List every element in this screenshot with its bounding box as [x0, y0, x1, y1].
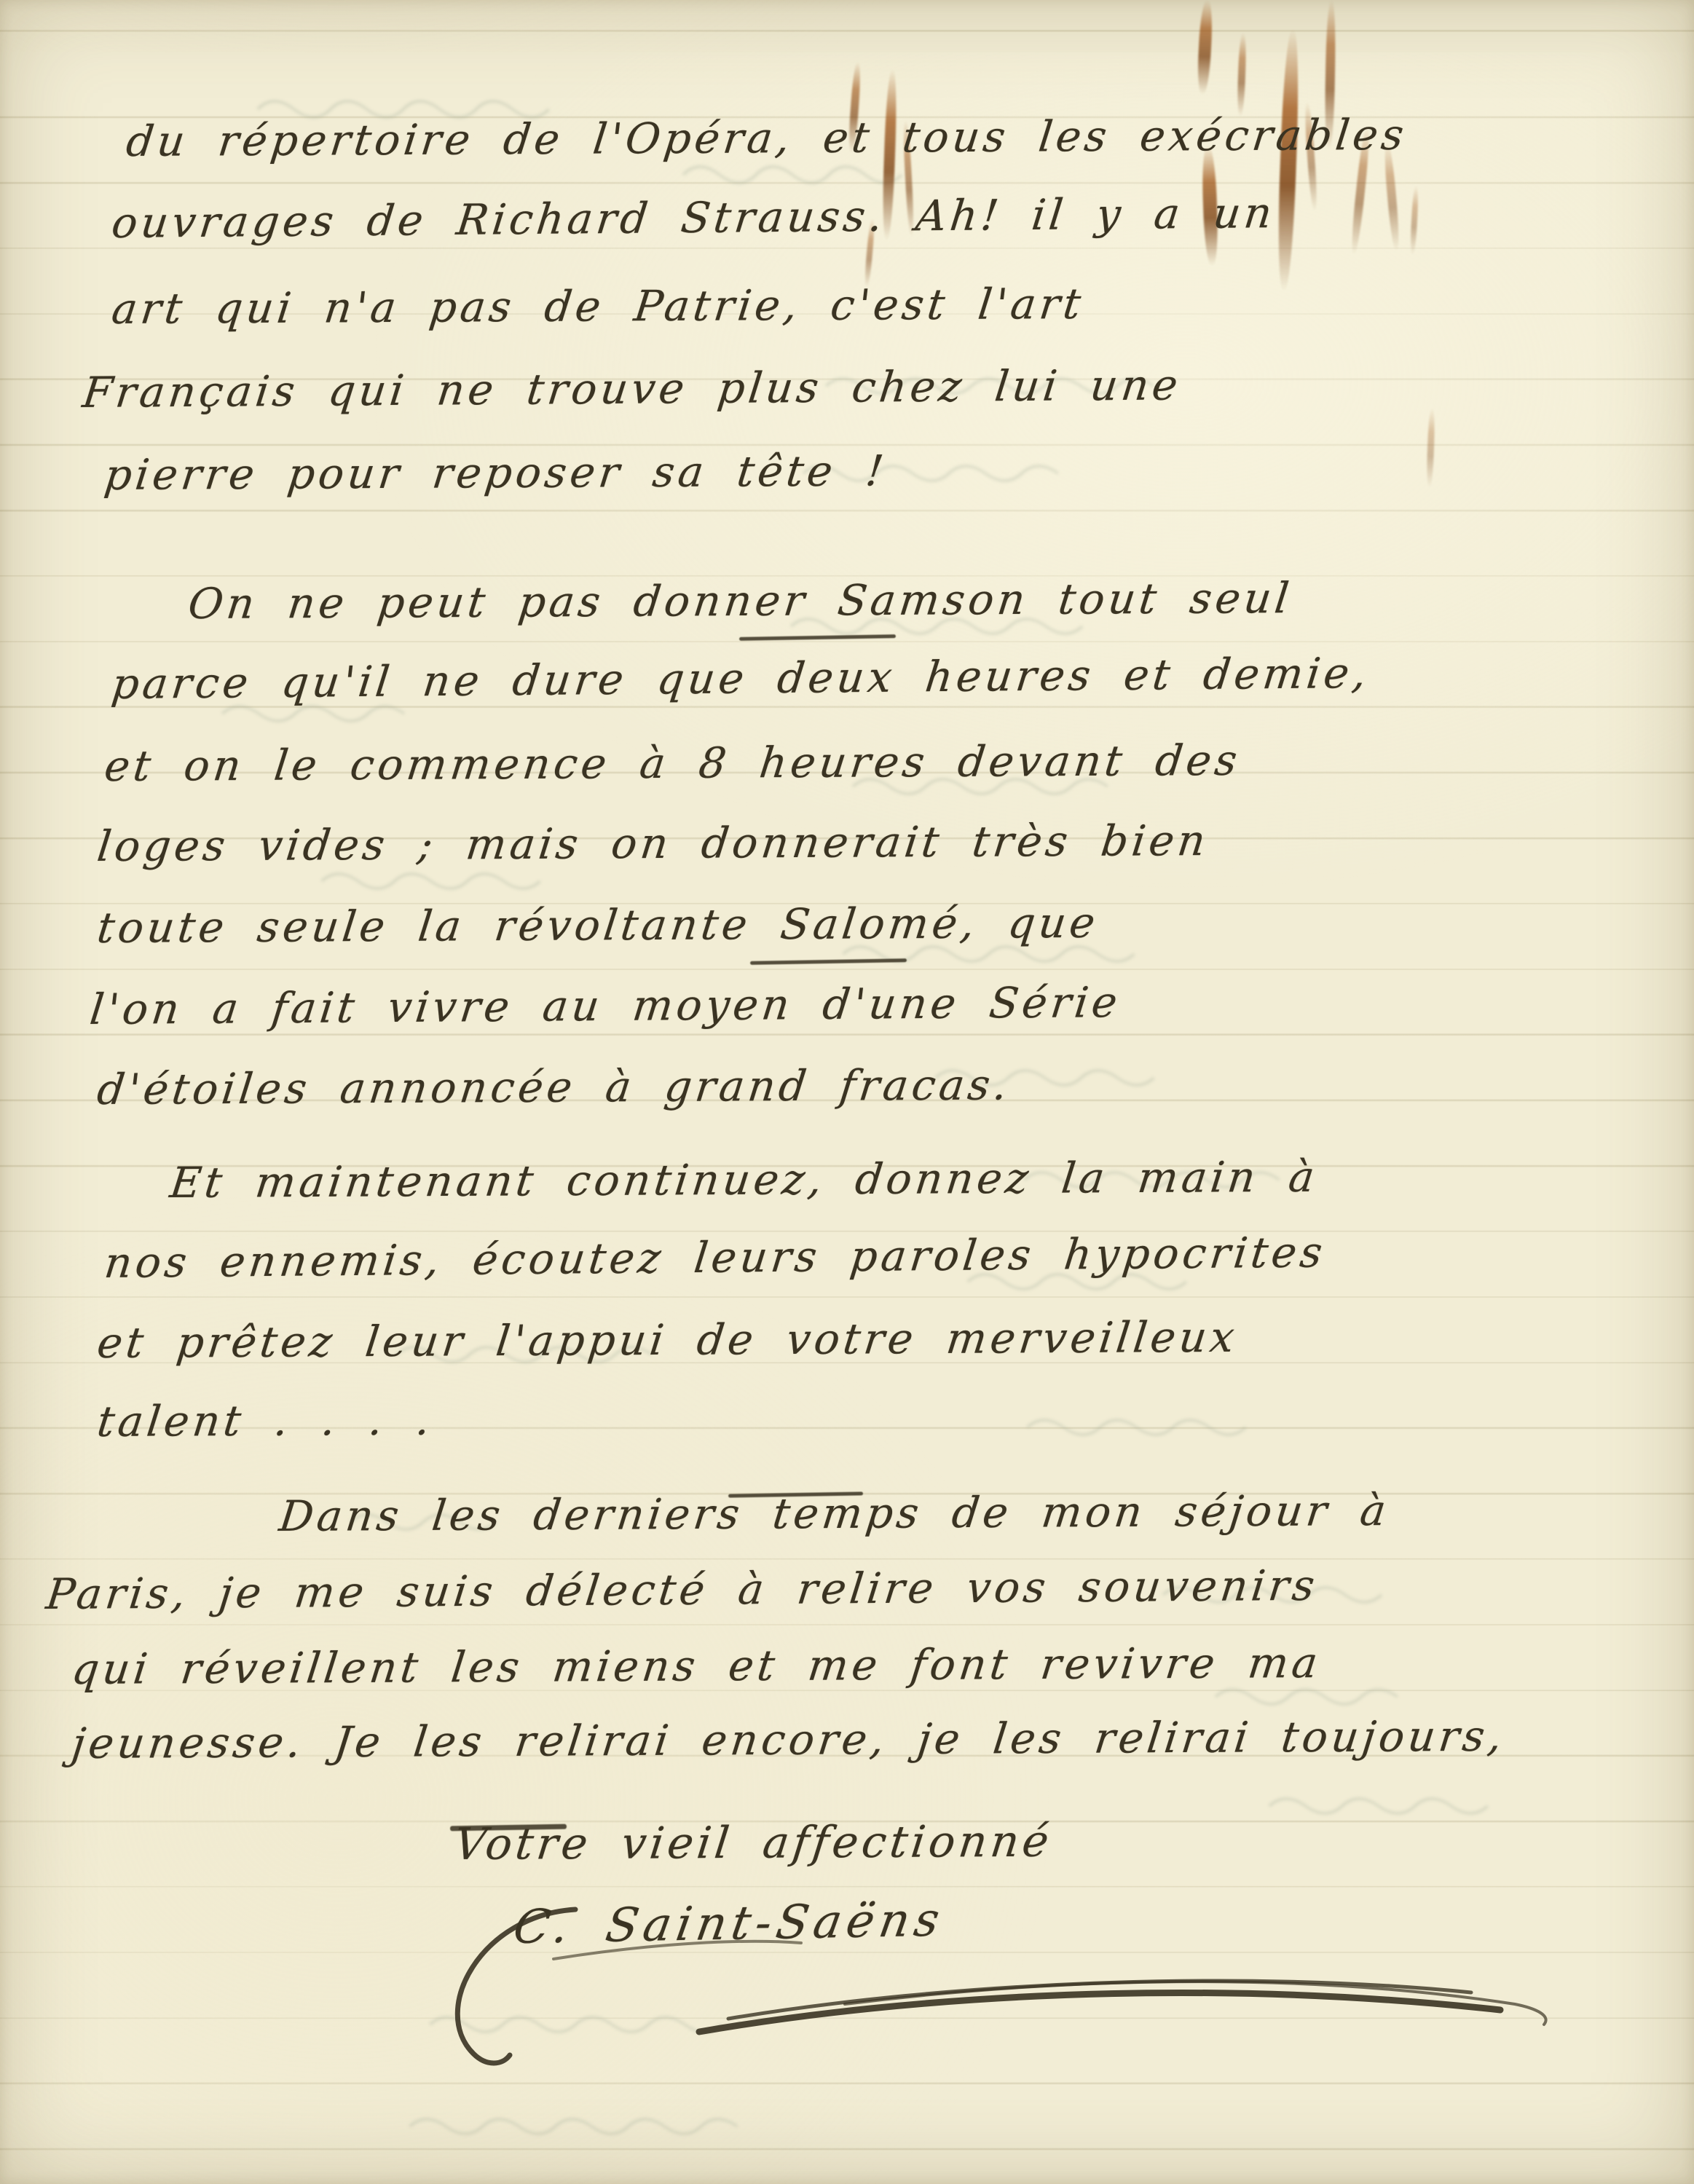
letter-line: parce qu'il ne dure que deux heures et d…	[109, 648, 1373, 709]
letter-line: du répertoire de l'Opéra, et tous les ex…	[124, 110, 1410, 166]
signature: C. Saint-Saëns	[510, 1893, 948, 1955]
salome-underline	[750, 958, 907, 965]
letter-line: et on le commence à 8 heures devant des	[102, 736, 1243, 791]
letter-line: l'on a fait vivre au moyen d'une Série	[87, 977, 1124, 1034]
letter-line: On ne peut pas donner Samson tout seul	[186, 573, 1295, 628]
letter-line: toute seule la révoltante Salomé, que	[95, 898, 1101, 953]
letter-line: Et maintenant continuez, donnez la main …	[168, 1152, 1320, 1207]
closing-line: Votre vieil affectionné	[452, 1816, 1055, 1870]
letter-line: loges vides ; mais on donnerait très bie…	[95, 816, 1212, 871]
letter-line: pierre pour reposer sa tête !	[102, 446, 890, 500]
letter-line: nos ennemis, écoutez leurs paroles hypoc…	[102, 1227, 1328, 1288]
rust-stain	[1276, 29, 1301, 292]
letter-line: Français qui ne trouve plus chez lui une	[80, 360, 1184, 417]
letter-line: jeunesse. Je les relirai encore, je les …	[69, 1711, 1508, 1768]
letter-page: du répertoire de l'Opéra, et tous les ex…	[0, 0, 1694, 2184]
letter-line: et prêtez leur l'appui de votre merveill…	[95, 1312, 1240, 1368]
samson-underline	[739, 634, 896, 641]
rust-stain	[1426, 408, 1435, 488]
letter-line: ouvrages de Richard Strauss. Ah! il y a …	[109, 188, 1278, 248]
letter-line: Paris, je me suis délecté à relire vos s…	[44, 1561, 1321, 1619]
rust-stain	[1197, 0, 1214, 95]
rust-stain	[1410, 186, 1419, 255]
rust-stain	[1237, 33, 1247, 117]
letter-line: art qui n'a pas de Patrie, c'est l'art	[109, 279, 1087, 334]
letter-line: talent . . . .	[95, 1395, 436, 1446]
letter-line: d'étoiles annoncée à grand fracas.	[95, 1060, 1014, 1114]
letter-line: qui réveillent les miens et me font revi…	[69, 1638, 1324, 1694]
